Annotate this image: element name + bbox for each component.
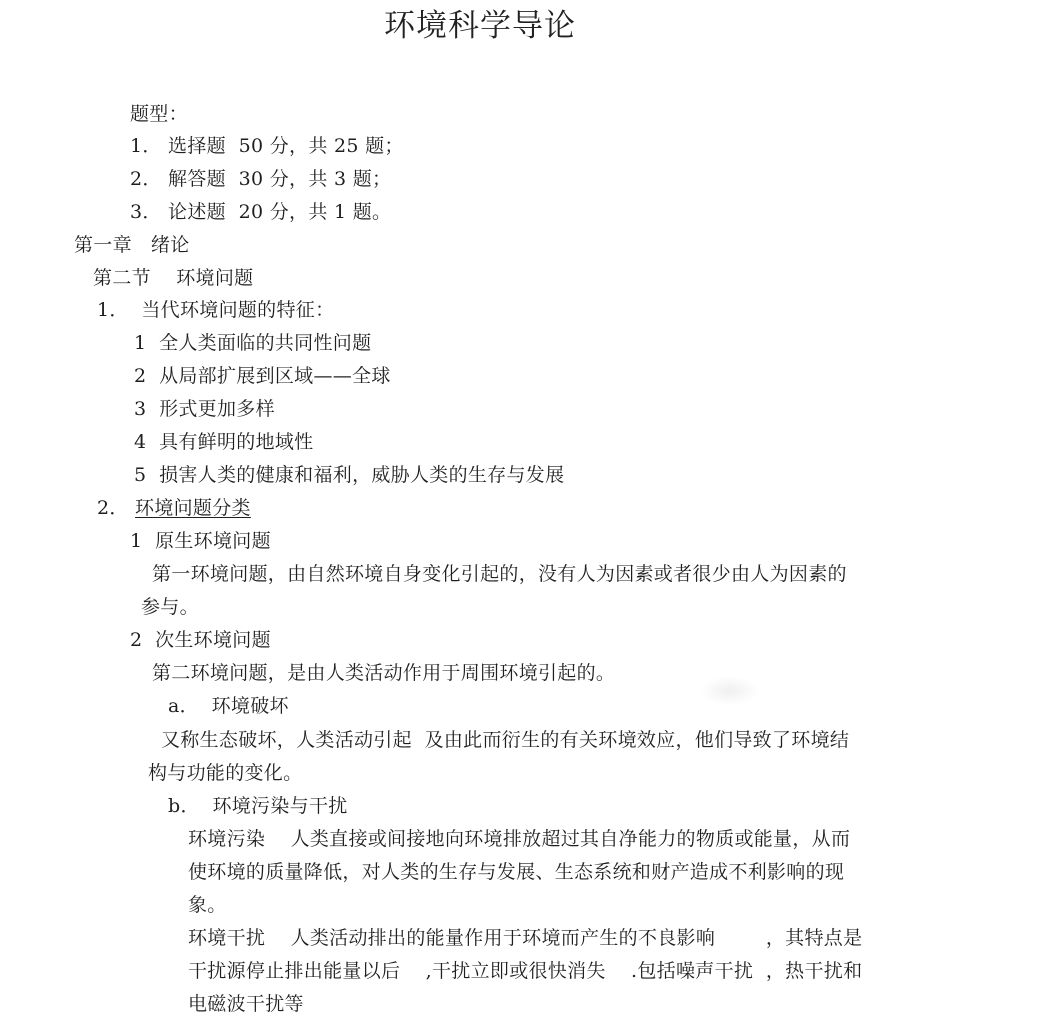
features-heading: 1． 当代环境问题的特征： (97, 297, 334, 323)
secondary-problem-desc: 第二环境问题，是由人类活动作用于周围环境引起的。 (152, 660, 615, 686)
scan-artifact (700, 676, 760, 706)
secondary-problem-heading: 2 次生环境问题 (130, 627, 271, 653)
primary-problem-heading: 1 原生环境问题 (130, 528, 271, 554)
chapter-heading: 第一章 绪论 (74, 232, 190, 258)
pollution-desc: 环境污染 人类直接或间接地向环境排放超过其自净能力的物质或能量，从而 (188, 826, 850, 852)
environment-damage-desc: 又称生态破坏，人类活动引起 及由此而衍生的有关环境效应，他们导致了环境结 (161, 727, 849, 753)
section-heading: 第二节 环境问题 (93, 265, 253, 291)
disturbance-desc-cont: 干扰源停止排出能量以后 ,干扰立即或很快消失 .包括噪声干扰 ，热干扰和 (188, 958, 862, 984)
disturbance-desc-cont: 电磁波干扰等 (188, 991, 304, 1017)
pollution-desc-cont: 象。 (188, 892, 227, 918)
feature-item: 5 损害人类的健康和福利，威胁人类的生存与发展 (134, 462, 564, 488)
primary-problem-desc: 第一环境问题，由自然环境自身变化引起的，没有人为因素或者很少由人为因素的 (152, 561, 847, 587)
environment-damage-heading: a． 环境破坏 (168, 693, 289, 719)
question-type-item: 3． 论述题 20 分，共 1 题。 (130, 199, 391, 225)
feature-item: 2 从局部扩展到区域——全球 (134, 363, 391, 389)
document-page: 环境科学导论 题型： 1． 选择题 50 分，共 25 题； 2． 解答题 30… (0, 0, 1056, 1020)
disturbance-desc: 环境干扰 人类活动排出的能量作用于环境而产生的不良影响 ，其特点是 (188, 925, 862, 951)
classification-title: 环境问题分类 (135, 497, 251, 519)
classification-heading: 2． 环境问题分类 (97, 495, 251, 521)
environment-damage-desc-cont: 构与功能的变化。 (148, 760, 302, 786)
feature-item: 4 具有鲜明的地域性 (134, 429, 313, 455)
question-types-heading: 题型： (130, 101, 188, 127)
question-type-item: 2． 解答题 30 分，共 3 题； (130, 166, 391, 192)
pollution-desc-cont: 使环境的质量降低，对人类的生存与发展、生态系统和财产造成不利影响的现 (188, 859, 844, 885)
classification-number: 2． (97, 497, 135, 519)
pollution-disturbance-heading: b． 环境污染与干扰 (168, 793, 348, 819)
feature-item: 1 全人类面临的共同性问题 (134, 330, 371, 356)
primary-problem-desc-cont: 参与。 (141, 594, 199, 620)
question-type-item: 1． 选择题 50 分，共 25 题； (130, 133, 404, 159)
feature-item: 3 形式更加多样 (134, 396, 275, 422)
document-title: 环境科学导论 (0, 4, 960, 48)
